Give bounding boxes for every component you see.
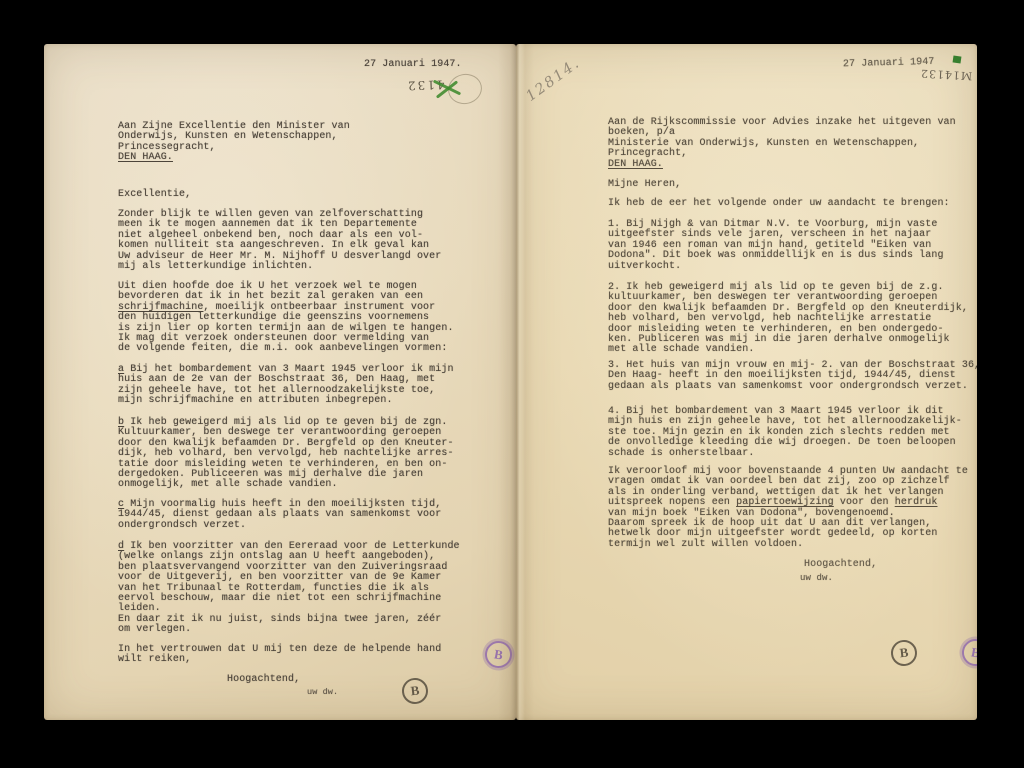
letter-page-right: 12814. 27 Januari 1947 M14132 Aan de Rij… [516,44,977,720]
circle-b-stamp-dark: B [890,639,919,668]
list-item-3: 3. Het huis van mijn vrouw en mij- 2. va… [608,361,977,392]
salutation: Excellentie, [118,190,191,200]
recipient-address: Aan de Rijkscommissie voor Advies inzake… [608,118,956,170]
green-cross-mark [432,86,462,96]
paragraph-intro: Zonder blijk te willen geven van zelfove… [118,210,441,272]
list-item-c: c Mijn voormalig huis heeft in den moeil… [118,500,441,531]
list-item-b: b Ik heb geweigerd mij als lid op te gev… [118,418,454,491]
list-item-a: a Bij het bombardement van 3 Maart 1945 … [118,365,454,407]
list-item-d: d Ik ben voorzitter van den Eereraad voo… [118,542,460,636]
closing-paragraph: Ik veroorloof mij voor bovenstaande 4 pu… [608,467,968,550]
salutation: Mijne Heren, [608,180,681,190]
recipient-address: Aan Zijne Excellentie den Minister van O… [118,122,350,164]
letter-page-left: 27 Januari 1947. 4132 Aan Zijne Excellen… [44,44,516,720]
handwritten-pencil-number: 12814. [523,55,583,105]
signoff-initials: uw dw. [800,573,833,583]
circle-b-stamp-purple: B [483,639,514,670]
letter-date: 27 Januari 1947. [364,60,462,70]
closing-paragraph: In het vertrouwen dat U mij ten deze de … [118,645,441,666]
list-item-2: 2. Ik heb geweigerd mij als lid op te ge… [608,283,968,356]
signoff: Hoogachtend, [227,675,300,685]
list-item-4: 4. Bij het bombardement van 3 Maart 1945… [608,407,962,459]
paragraph-request: Uit dien hoofde doe ik U het verzoek wel… [118,282,454,355]
circle-b-stamp-purple: B [960,637,977,668]
list-item-1: 1. Bij Nijgh & van Ditmar N.V. te Voorbu… [608,220,944,272]
green-square-mark [953,55,962,63]
signoff-initials: uw dw. [307,687,338,697]
signoff: Hoogachtend, [804,560,877,570]
circle-b-stamp-dark: B [401,677,430,706]
handwritten-registry-number: M14132 [920,67,973,83]
paragraph-intro: Ik heb de eer het volgende onder uw aand… [608,199,950,209]
archival-scan-background: { "scan": { "stamp_letter": "B", "center… [0,0,1024,768]
